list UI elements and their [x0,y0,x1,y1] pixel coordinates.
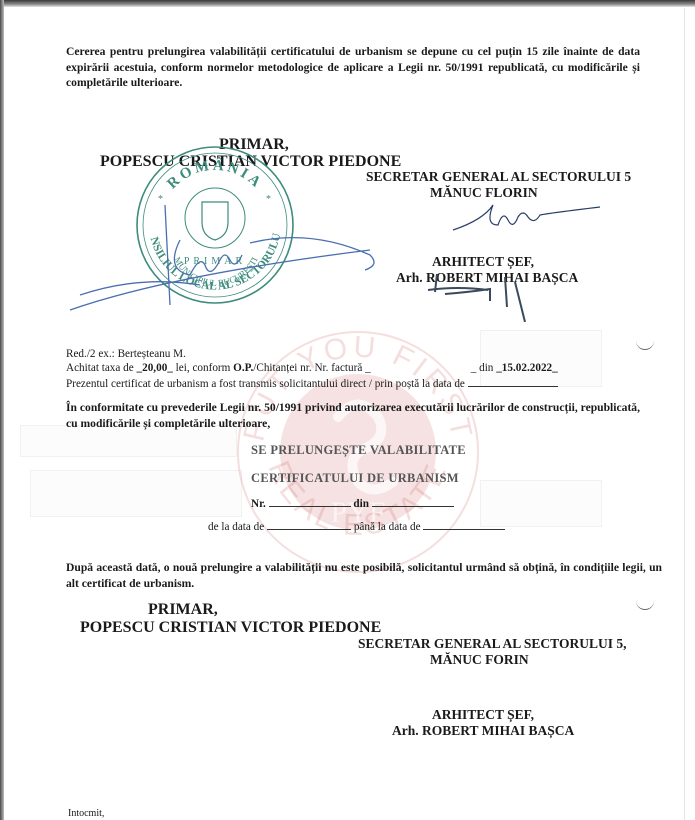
nr-blank[interactable] [269,495,351,507]
secretary-title-bottom: SECRETAR GENERAL AL SECTORULUI 5, [358,636,626,652]
receipt-date: _15.02.2022_ [496,362,558,374]
coat-of-arms-icon [202,202,228,240]
mayor-title-bottom: PRIMAR, [148,601,218,619]
architect-title-bottom: ARHITECT ȘEF, [432,707,534,723]
date-range-line: de la data de până la data de [208,518,505,535]
conformity-paragraph: În conformitate cu prevederile Legii nr.… [66,400,640,431]
mayor-name-bottom: POPESCU CRISTIAN VICTOR PIEDONE [80,619,381,637]
mayor-title-top: PRIMAR, [219,136,289,154]
punch-hole-mark [636,600,654,610]
closing-paragraph: După această dată, o nouă prelungire a v… [66,560,662,591]
until-date-blank[interactable] [423,518,505,530]
transmitted-text: Prezentul certificat de urbanism a fost … [66,378,465,390]
tax-amount: _20,00_ [137,362,173,374]
tax-line: Achitat taxa de _20,00_ lei, conform O.P… [66,361,558,376]
secretary-name-top: MĂNUC FLORIN [430,185,538,201]
mayor-signature [60,185,380,315]
punch-hole-mark [636,340,654,350]
until-label: până la data de [354,521,421,533]
architect-name-bottom: Arh. ROBERT MIHAI BAȘCA [392,723,574,739]
from-date-blank[interactable] [267,518,351,530]
intro-paragraph: Cererea pentru prelungirea valabilității… [66,44,640,91]
stamp-inner-text: MUNICIPIUL BUCUREȘTI [172,255,259,288]
svg-text:*: * [266,194,271,205]
tax-middle: lei, conform [173,362,233,374]
page-edge-right [684,8,685,820]
page-edge-left [0,0,4,820]
red-line: Red./2 ex.: Berteșteanu M. [66,347,186,362]
receipt-text: /Chitanței nr. Nr. factură _ [253,362,370,374]
extension-heading-2: CERTIFICATULUI DE URBANISM [251,471,459,486]
architect-title-top: ARHITECT ȘEF, [432,254,534,270]
transmitted-line: Prezentul certificat de urbanism a fost … [66,375,558,392]
secretary-signature [448,198,608,238]
din-label-extension: din [353,498,369,510]
svg-text:MUNICIPIUL BUCUREȘTI: MUNICIPIUL BUCUREȘTI [172,255,259,288]
secretary-title-top: SECRETAR GENERAL AL SECTORULUI 5 [366,169,631,185]
mayor-name-top: POPESCU CRISTIAN VICTOR PIEDONE [100,153,401,171]
page-edge-top [0,0,695,7]
bleed-through-box [30,470,242,517]
nr-din-line: Nr. din [251,495,454,512]
op-label: O.P. [233,362,253,374]
nr-label: Nr. [251,498,266,510]
din-blank[interactable] [372,495,454,507]
secretary-name-bottom: MĂNUC FORIN [430,652,529,668]
prepared-by-label: Intocmit, [68,808,104,819]
svg-text:*: * [158,194,163,205]
extension-heading-1: SE PRELUNGEȘTE VALABILITATE [251,443,466,458]
architect-name-top: Arh. ROBERT MIHAI BAȘCA [396,270,578,286]
din-label: _ din [471,362,496,374]
from-label: de la data de [208,521,264,533]
transmitted-date-blank[interactable] [468,375,558,387]
stamp-center-text: PRIMAR [184,256,246,267]
tax-prefix: Achitat taxa de [66,362,137,374]
